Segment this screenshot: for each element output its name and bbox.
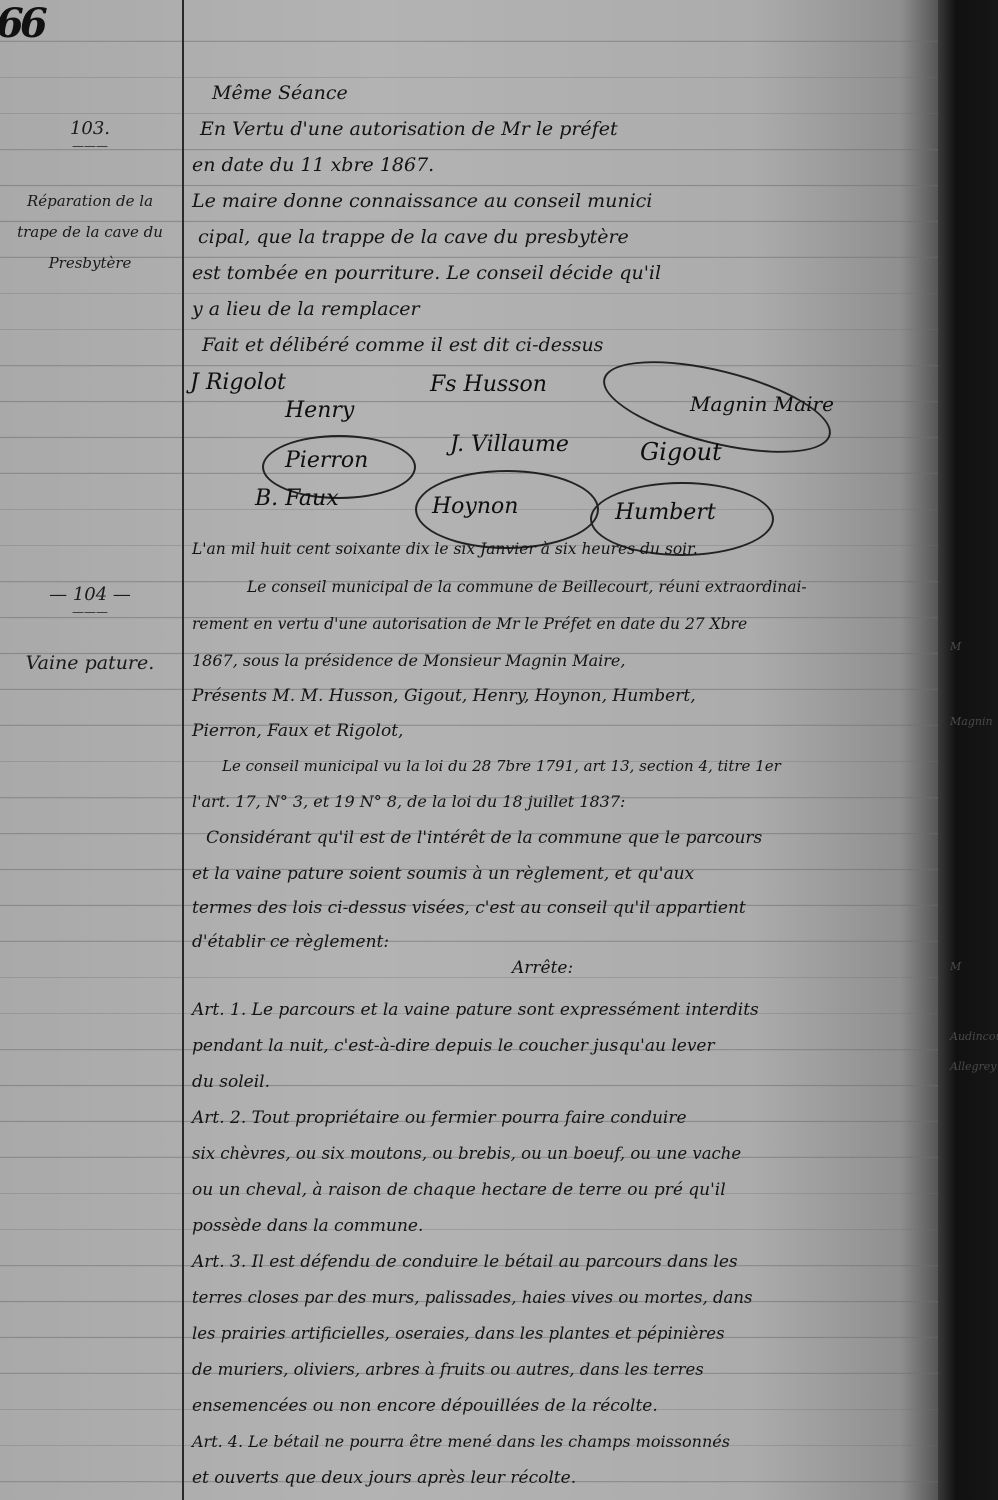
session-heading: Même Séance (212, 82, 348, 104)
text-line: les prairies artificielles, oseraies, da… (192, 1324, 725, 1343)
signature: Pierron (285, 448, 368, 473)
text-line: Le conseil municipal vu la loi du 28 7br… (222, 757, 781, 775)
signature: Fs Husson (430, 372, 547, 397)
margin-title-line: Presbytère (0, 248, 180, 279)
text-line: d'établir ce règlement: (192, 932, 389, 952)
text-line: rement en vertu d'une autorisation de Mr… (192, 615, 747, 633)
text-line: et ouverts que deux jours après leur réc… (192, 1468, 576, 1488)
text-line: En Vertu d'une autorisation de Mr le pré… (200, 118, 618, 140)
text-line: pendant la nuit, c'est-à-dire depuis le … (192, 1036, 715, 1056)
page-number: 66 (0, 0, 44, 47)
text-line: L'an mil huit cent soixante dix le six J… (192, 540, 698, 558)
text-line: Le maire donne connaissance au conseil m… (192, 190, 652, 212)
signature: Hoynon (432, 494, 518, 519)
text-line: ou un cheval, à raison de chaque hectare… (192, 1180, 726, 1200)
text-line: est tombée en pourriture. Le conseil déc… (192, 262, 661, 284)
signature: Gigout (640, 438, 722, 466)
margin-title-line: Vaine pature. (0, 648, 180, 679)
signature: B. Faux (255, 486, 339, 511)
text-line: Considérant qu'il est de l'intérêt de la… (206, 828, 762, 848)
bleed-through-note: Allegrey (950, 1060, 997, 1073)
text-line: ensemencées ou non encore dépouillées de… (192, 1396, 658, 1416)
section-heading: Arrête: (512, 958, 573, 978)
text-line: cipal, que la trappe de la cave du presb… (198, 226, 629, 248)
register-page: 66 103. ——— Réparation de la trape de la… (0, 0, 938, 1500)
text-line: l'art. 17, N° 3, et 19 N° 8, de la loi d… (192, 792, 625, 811)
text-line: Le conseil municipal de la commune de Be… (247, 578, 807, 596)
text-line: Présents M. M. Husson, Gigout, Henry, Ho… (192, 686, 696, 706)
text-line: de muriers, oliviers, arbres à fruits ou… (192, 1360, 704, 1379)
text-line: Pierron, Faux et Rigolot, (192, 721, 403, 741)
bleed-through-note: Audincourt (950, 1030, 998, 1043)
article-line: Art. 3. Il est défendu de conduire le bé… (192, 1252, 738, 1272)
article-line: Art. 2. Tout propriétaire ou fermier pou… (192, 1108, 687, 1128)
entry-number: — 104 — (0, 584, 180, 605)
divider: ——— (0, 605, 180, 619)
entry-104-margin: — 104 — ——— (0, 584, 180, 619)
signature: J Rigolot (190, 370, 286, 395)
margin-title-line: trape de la cave du (0, 217, 180, 248)
signature: Henry (285, 398, 354, 423)
article-line: Art. 4. Le bétail ne pourra être mené da… (192, 1432, 730, 1451)
bleed-through-note: Magnin (950, 715, 993, 728)
text-line: 1867, sous la présidence de Monsieur Mag… (192, 651, 625, 670)
text-line: et la vaine pature soient soumis à un rè… (192, 864, 694, 884)
margin-rule (182, 0, 184, 1500)
entry-104-title: Vaine pature. (0, 648, 180, 679)
entry-number-text: 104 (73, 584, 107, 605)
text-line: possède dans la commune. (192, 1216, 423, 1236)
signature: J. Villaume (450, 432, 569, 457)
entry-103-title: Réparation de la trape de la cave du Pre… (0, 186, 180, 279)
margin-title-line: Réparation de la (0, 186, 180, 217)
signature: Humbert (615, 500, 716, 525)
text-line: du soleil. (192, 1072, 270, 1092)
entry-103-margin: 103. ——— (0, 118, 180, 153)
article-line: Art. 1. Le parcours et la vaine pature s… (192, 1000, 759, 1020)
bleed-through-note: M (950, 640, 961, 653)
signature: Magnin Maire (690, 392, 834, 416)
binding-edge (938, 0, 998, 1500)
text-line: six chèvres, ou six moutons, ou brebis, … (192, 1144, 741, 1163)
text-line: y a lieu de la remplacer (192, 298, 420, 320)
text-line: en date du 11 xbre 1867. (192, 154, 434, 176)
bleed-through-note: M (950, 960, 961, 973)
divider: ——— (0, 139, 180, 153)
entry-number: 103. (0, 118, 180, 139)
text-line: Fait et délibéré comme il est dit ci-des… (202, 334, 603, 356)
text-line: terres closes par des murs, palissades, … (192, 1288, 752, 1307)
text-line: termes des lois ci-dessus visées, c'est … (192, 898, 746, 918)
